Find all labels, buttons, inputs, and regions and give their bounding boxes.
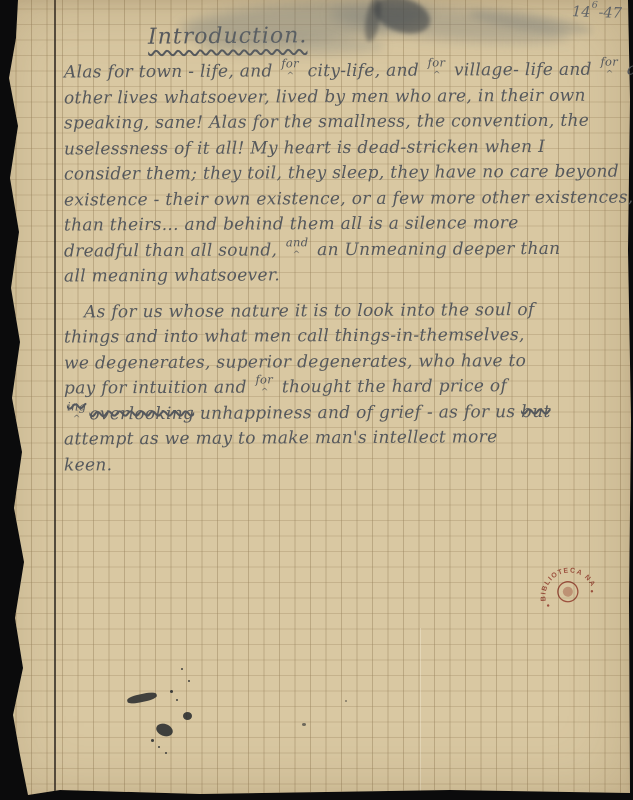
ink-speck <box>165 752 167 754</box>
ink-speck <box>158 746 160 748</box>
text-segment: 6 <box>592 1 598 11</box>
text-segment: existence - their own existence, or a fe… <box>64 187 633 210</box>
manuscript-line: existence - their own existence, or a fe… <box>64 185 629 213</box>
text-segment: unhappiness and of grief - as for us <box>194 402 521 424</box>
manuscript-line: dreadful than all sound, and an Unmeanin… <box>64 236 629 264</box>
ink-speck <box>170 690 173 693</box>
ink-speck <box>181 668 183 670</box>
text-segment: thought the hard price of <box>276 376 507 397</box>
text-segment: all <box>621 59 633 79</box>
text-segment: keen. <box>64 455 112 475</box>
manuscript-line: uselessness of it all! My heart is dead-… <box>64 134 629 162</box>
paragraph: As for us whose nature it is to look int… <box>64 299 629 478</box>
ink-speck <box>176 699 178 701</box>
manuscript-line: we degenerates, superior degenerates, wh… <box>64 348 629 376</box>
folio-number: 146-47 <box>572 4 622 22</box>
ink-speck <box>188 680 190 682</box>
text-segment: -47 <box>598 5 622 22</box>
manuscript-line: other lives whatsoever, lived by men who… <box>64 83 629 111</box>
text-segment: uselessness of it all! My heart is dead-… <box>64 136 545 159</box>
ink-speck <box>345 700 347 702</box>
manuscript-line: pay for intuition and for thought the ha… <box>64 374 629 402</box>
text-segment: things and into what men call things-in-… <box>64 325 525 347</box>
text-segment: 14 <box>572 4 591 21</box>
text-segment: Alas for town - life, and <box>64 61 278 82</box>
manuscript-line: attempt as we may to make man's intellec… <box>64 425 629 453</box>
text-segment: and <box>286 237 309 247</box>
manuscript-line: speaking, sane! Alas for the smallness, … <box>64 109 629 137</box>
page-title: Introduction. <box>148 23 308 49</box>
manuscript-line: ingoverlooking unhappiness and of grief … <box>64 399 629 427</box>
text-segment: As for us whose nature it is to look int… <box>84 300 535 322</box>
manuscript-line: than theirs... and behind them all is a … <box>64 211 629 239</box>
stamp-emblem-crest <box>562 585 575 598</box>
margin-rule-line <box>54 0 56 792</box>
text-segment: but <box>521 401 551 421</box>
text-segment: than theirs... and behind them all is a … <box>64 213 519 235</box>
ink-blot <box>183 712 192 720</box>
text-segment: an Unmeaning deeper than <box>311 238 560 259</box>
text-segment: for <box>600 57 618 67</box>
manuscript-text: Alas for town - life, and for city-life,… <box>64 59 629 477</box>
text-segment: attempt as we may to make man's intellec… <box>64 427 498 449</box>
text-segment: consider them; they toil, they sleep, th… <box>64 162 619 185</box>
manuscript-line: Alas for town - life, and for city-life,… <box>64 58 629 86</box>
text-segment: speaking, sane! Alas for the smallness, … <box>64 111 589 134</box>
text-segment: for <box>281 58 299 68</box>
text-segment: city-life, and <box>302 61 425 82</box>
ink-speck <box>302 723 306 726</box>
manuscript-line: consider them; they toil, they sleep, th… <box>64 160 629 188</box>
manuscript-line: keen. <box>64 450 629 478</box>
text-segment: ing <box>67 401 86 411</box>
scanned-manuscript-page: { "page": { "paper_color": "#d9c8a2", "i… <box>0 0 633 800</box>
paper-crease <box>420 628 421 796</box>
text-segment: pay for intuition and <box>64 377 253 398</box>
manuscript-line: all meaning whatsoever. <box>64 262 629 290</box>
text-segment: all meaning whatsoever. <box>64 265 280 286</box>
manuscript-line: As for us whose nature it is to look int… <box>64 297 629 325</box>
text-segment: other lives whatsoever, lived by men who… <box>64 85 586 108</box>
paragraph: Alas for town - life, and for city-life,… <box>64 59 629 289</box>
ink-speck <box>151 739 154 742</box>
text-segment: dreadful than all sound, <box>64 240 283 261</box>
text-segment: village- life and <box>448 60 597 81</box>
text-segment: for <box>255 374 273 384</box>
text-segment: overlooking <box>89 403 194 424</box>
manuscript-line: things and into what men call things-in-… <box>64 323 629 351</box>
text-segment: we degenerates, superior degenerates, wh… <box>64 351 526 373</box>
text-segment: for <box>428 57 446 67</box>
